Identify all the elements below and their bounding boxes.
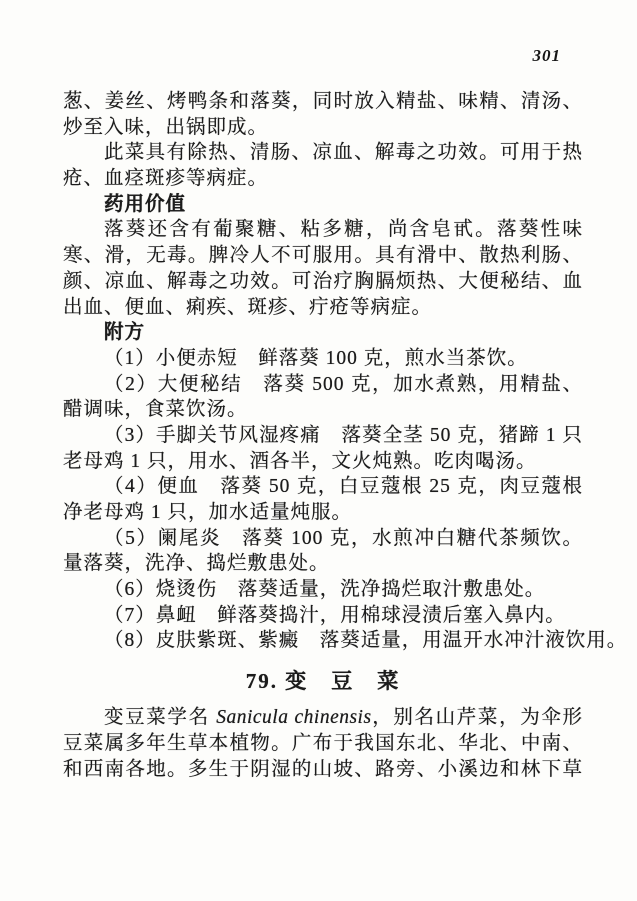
text-segment: 变豆菜学名 <box>104 707 216 728</box>
body-line: 老母鸡 1 只，用水、酒各半，文火炖熟。吃肉喝汤。 <box>63 449 583 475</box>
body-line: 落葵还含有葡聚糖、粘多糖，尚含皂甙。落葵性味酸、 <box>63 217 583 243</box>
body-line: （7）鼻衄 鲜落葵捣汁，用棉球浸渍后塞入鼻内。 <box>63 603 583 629</box>
body-line: 颜、凉血、解毒之功效。可治疗胸膈烦热、大便秘结、血热鼻 <box>63 269 583 295</box>
body-line: 此菜具有除热、清肠、凉血、解毒之功效。可用于热毒火 <box>63 140 583 166</box>
body-line: 出血、便血、痢疾、斑疹、疔疮等病症。 <box>63 295 583 321</box>
section-title: 79. 变 豆 菜 <box>63 666 583 696</box>
body-line: 净老母鸡 1 只，加水适量炖服。 <box>63 500 583 526</box>
body-line: （8）皮肤紫斑、紫癜 落葵适量，用温开水冲汁液饮用。 <box>63 628 583 654</box>
body-line: （2）大便秘结 落葵 500 克，加水煮熟，用精盐、酱油、 <box>63 372 583 398</box>
latin-species-name: Sanicula chinensis <box>216 707 371 728</box>
body-line: （1）小便赤短 鲜落葵 100 克，煎水当茶饮。 <box>63 346 583 372</box>
body-line: 葱、姜丝、烤鸭条和落葵，同时放入精盐、味精、清汤、糖， <box>63 89 583 115</box>
body-line: 量落葵，洗净、捣烂敷患处。 <box>63 551 583 577</box>
page-body: 葱、姜丝、烤鸭条和落葵，同时放入精盐、味精、清汤、糖，炒至入味，出锅即成。此菜具… <box>63 89 583 782</box>
body-line: （3）手脚关节风湿疼痛 落葵全茎 50 克，猪蹄 1 只或净 <box>63 423 583 449</box>
body-line: （5）阑尾炎 落葵 100 克，水煎冲白糖代茶频饮。另用适 <box>63 526 583 552</box>
page-number: 301 <box>533 46 562 66</box>
body-line: 变豆菜学名 Sanicula chinensis，别名山芹菜，为伞形科变 <box>63 705 583 731</box>
body-line: 炒至入味，出锅即成。 <box>63 115 583 141</box>
book-page: 301 葱、姜丝、烤鸭条和落葵，同时放入精盐、味精、清汤、糖，炒至入味，出锅即成… <box>0 0 637 901</box>
subheading: 药用价值 <box>63 192 583 218</box>
body-line: 豆菜属多年生草本植物。广布于我国东北、华北、中南、西北 <box>63 731 583 757</box>
body-line: （6）烧烫伤 落葵适量，洗净捣烂取汁敷患处。 <box>63 577 583 603</box>
body-line: 和西南各地。多生于阴湿的山坡、路旁、小溪边和林下草 <box>63 757 583 783</box>
body-line: （4）便血 落葵 50 克，白豆蔻根 25 克，肉豆蔻根 25 克， <box>63 474 583 500</box>
body-line: 醋调味，食菜饮汤。 <box>63 397 583 423</box>
body-line: 疮、血痉斑疹等病症。 <box>63 166 583 192</box>
body-line: 寒、滑，无毒。脾冷人不可服用。具有滑中、散热利肠、悦 <box>63 243 583 269</box>
subheading: 附方 <box>63 320 583 346</box>
